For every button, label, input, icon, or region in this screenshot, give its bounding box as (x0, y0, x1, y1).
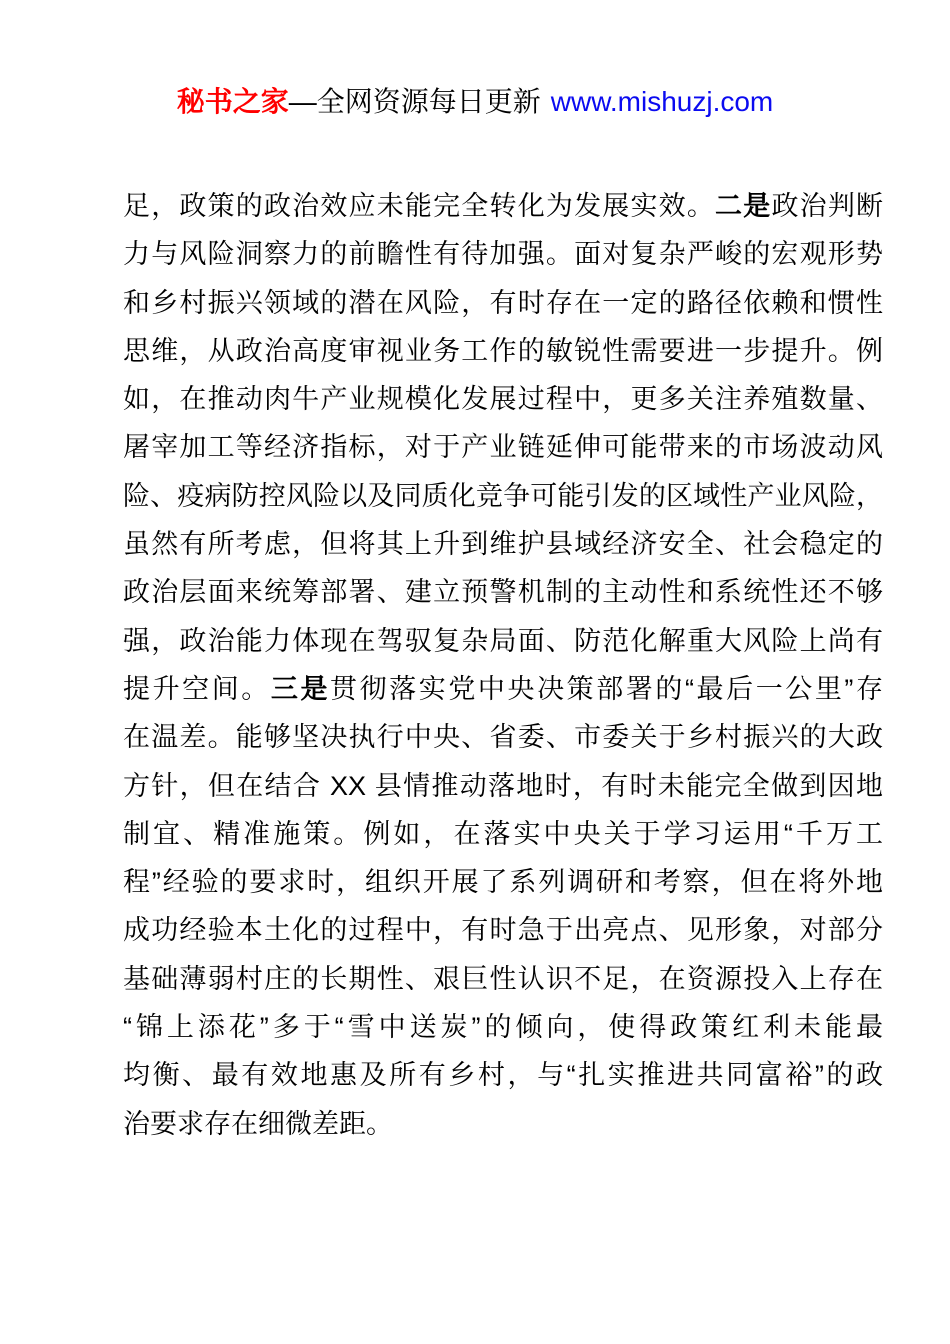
text-run: 足，政策的政治效应未能完全转化为发展实效。 (123, 191, 715, 221)
text-run: 屠宰加工等经济指标，对于产业链延伸可能带来的市场波动风 (123, 432, 883, 462)
site-url: www.mishuzj.com (551, 86, 773, 117)
text-run: 成功经验本土化的过程中，有时急于出亮点、见形象，对部分 (123, 915, 883, 945)
text-run: “锦上添花”多于“雪中送炭”的倾向，使得政策红利未能最 (123, 1012, 883, 1042)
text-run: 治要求存在细微差距。 (123, 1109, 393, 1139)
text-line: 制宜、精准施策。例如，在落实中央关于学习运用“千万工 (123, 810, 883, 858)
text-line: 如，在推动肉牛产业规模化发展过程中，更多关注养殖数量、 (123, 375, 883, 423)
text-line: 虽然有所考虑，但将其上升到维护县域经济安全、社会稳定的 (123, 520, 883, 568)
text-line: “锦上添花”多于“雪中送炭”的倾向，使得政策红利未能最 (123, 1003, 883, 1051)
text-run: 均衡、最有效地惠及所有乡村，与“扎实推进共同富裕”的政 (123, 1060, 883, 1090)
site-header: 秘书之家—全网资源每日更新www.mishuzj.com (0, 84, 950, 120)
document-body: 足，政策的政治效应未能完全转化为发展实效。二是政治判断力与风险洞察力的前瞻性有待… (123, 182, 883, 1148)
text-line: 均衡、最有效地惠及所有乡村，与“扎实推进共同富裕”的政 (123, 1051, 883, 1099)
text-line: 治要求存在细微差距。 (123, 1100, 883, 1148)
text-run: 强，政治能力体现在驾驭复杂局面、防范化解重大风险上尚有 (123, 626, 883, 656)
text-line: 和乡村振兴领域的潜在风险，有时存在一定的路径依赖和惯性 (123, 279, 883, 327)
text-run: 方针，但在结合 XX 县情推动落地时，有时未能完全做到因地 (123, 771, 883, 801)
text-run: 险、疫病防控风险以及同质化竞争可能引发的区域性产业风险， (123, 481, 883, 511)
text-run: 在温差。能够坚决执行中央、省委、市委关于乡村振兴的大政 (123, 722, 883, 752)
text-run: 贯彻落实党中央决策部署的“最后一公里”存 (330, 674, 883, 704)
text-line: 险、疫病防控风险以及同质化竞争可能引发的区域性产业风险， (123, 472, 883, 520)
text-run: 思维，从政治高度审视业务工作的敏锐性需要进一步提升。例 (123, 336, 883, 366)
text-line: 足，政策的政治效应未能完全转化为发展实效。二是政治判断 (123, 182, 883, 230)
text-line: 提升空间。三是贯彻落实党中央决策部署的“最后一公里”存 (123, 665, 883, 713)
bold-text-run: 二是 (715, 191, 771, 221)
text-line: 政治层面来统筹部署、建立预警机制的主动性和系统性还不够 (123, 568, 883, 616)
text-run: 政治判断 (771, 191, 883, 221)
text-line: 屠宰加工等经济指标，对于产业链延伸可能带来的市场波动风 (123, 423, 883, 471)
text-line: 力与风险洞察力的前瞻性有待加强。面对复杂严峻的宏观形势 (123, 230, 883, 278)
text-line: 思维，从政治高度审视业务工作的敏锐性需要进一步提升。例 (123, 327, 883, 375)
text-run: 力与风险洞察力的前瞻性有待加强。面对复杂严峻的宏观形势 (123, 239, 883, 269)
text-run: 制宜、精准施策。例如，在落实中央关于学习运用“千万工 (123, 819, 883, 849)
text-run: 如，在推动肉牛产业规模化发展过程中，更多关注养殖数量、 (123, 384, 883, 414)
text-run: 政治层面来统筹部署、建立预警机制的主动性和系统性还不够 (123, 577, 883, 607)
text-line: 基础薄弱村庄的长期性、艰巨性认识不足，在资源投入上存在 (123, 955, 883, 1003)
text-line: 成功经验本土化的过程中，有时急于出亮点、见形象，对部分 (123, 906, 883, 954)
text-line: 强，政治能力体现在驾驭复杂局面、防范化解重大风险上尚有 (123, 617, 883, 665)
text-run: 基础薄弱村庄的长期性、艰巨性认识不足，在资源投入上存在 (123, 964, 883, 994)
text-run: 和乡村振兴领域的潜在风险，有时存在一定的路径依赖和惯性 (123, 288, 883, 318)
site-tagline: —全网资源每日更新 (289, 86, 541, 117)
text-line: 程”经验的要求时，组织开展了系列调研和考察，但在将外地 (123, 858, 883, 906)
text-run: 虽然有所考虑，但将其上升到维护县域经济安全、社会稳定的 (123, 529, 883, 559)
text-line: 在温差。能够坚决执行中央、省委、市委关于乡村振兴的大政 (123, 713, 883, 761)
bold-text-run: 三是 (271, 674, 330, 704)
site-brand: 秘书之家 (177, 86, 289, 117)
document-page: 秘书之家—全网资源每日更新www.mishuzj.com 足，政策的政治效应未能… (0, 0, 950, 1344)
text-run: 程”经验的要求时，组织开展了系列调研和考察，但在将外地 (123, 867, 883, 897)
text-line: 方针，但在结合 XX 县情推动落地时，有时未能完全做到因地 (123, 762, 883, 810)
text-run: 提升空间。 (123, 674, 271, 704)
